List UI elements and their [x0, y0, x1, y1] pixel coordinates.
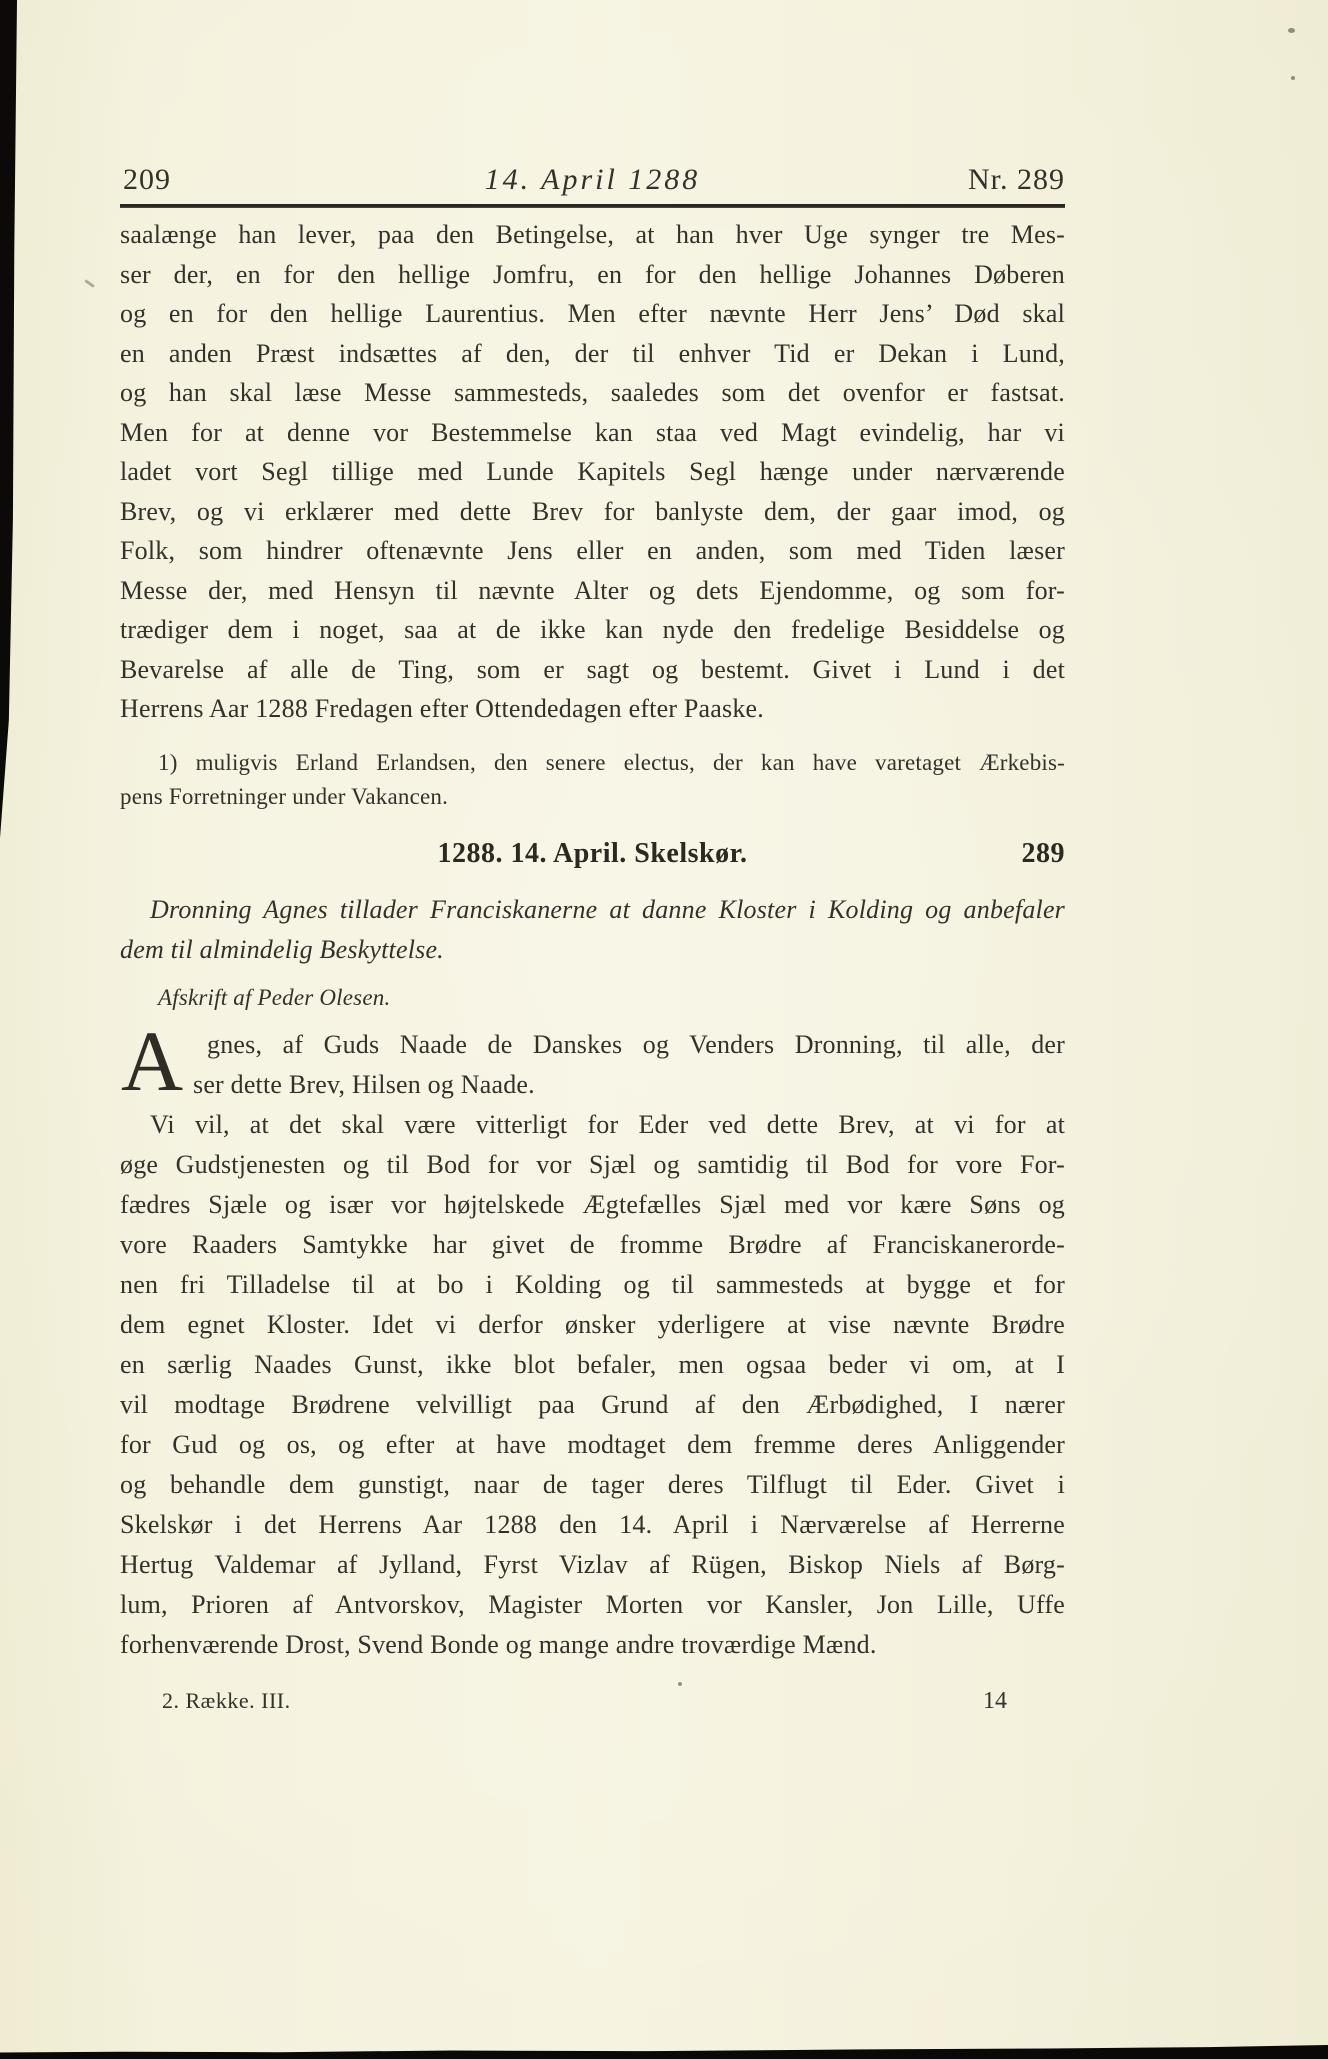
- sheet-number: 14: [983, 1688, 1007, 1715]
- source-note: Afskrift af Peder Olesen.: [120, 981, 1065, 1015]
- entry-number: 289: [1022, 838, 1066, 870]
- body-line: forhenværende Drost, Svend Bonde og mang…: [120, 1628, 1065, 1662]
- scan-speck: [1291, 76, 1295, 80]
- entry-heading-row: 1288. 14. April. Skelskør. 289: [120, 838, 1065, 876]
- continuation-line: ladet vort Segl tillige med Lunde Kapite…: [120, 455, 1065, 489]
- running-title: 14. April 1288: [120, 163, 1065, 197]
- document-number: Nr. 289: [968, 163, 1065, 197]
- footnote-line: 1) muligvis Erland Erlandsen, den senere…: [120, 748, 1065, 778]
- continuation-line: og han skal læse Messe sammesteds, saale…: [120, 376, 1065, 410]
- continuation-line: saalænge han lever, paa den Betingelse, …: [120, 218, 1065, 252]
- continuation-line: trædiger dem i noget, saa at de ikke kan…: [120, 613, 1065, 647]
- body-line: vil modtage Brødrene velvilligt paa Grun…: [120, 1388, 1065, 1422]
- drop-cap-initial: A: [121, 1018, 183, 1104]
- scanned-book-page: 209 14. April 1288 Nr. 289 saalænge han …: [0, 0, 1328, 2059]
- footnote-line: pens Forretninger under Vakancen.: [120, 782, 1065, 812]
- summary-line: Dronning Agnes tillader Franciskanerne a…: [120, 893, 1065, 927]
- page-footer: 2. Række. III. 14: [120, 1688, 1065, 1720]
- continuation-line: Herrens Aar 1288 Fredagen efter Ottended…: [120, 692, 1065, 726]
- body-line: øge Gudstjenesten og til Bod for vor Sjæ…: [120, 1148, 1065, 1182]
- series-label: 2. Række. III.: [162, 1688, 291, 1714]
- entry-heading: 1288. 14. April. Skelskør.: [120, 838, 1065, 870]
- continuation-line: og en for den hellige Laurentius. Men ef…: [120, 297, 1065, 331]
- body-line: Hertug Valdemar af Jylland, Fyrst Vizlav…: [120, 1548, 1065, 1582]
- body-line: en særlig Naades Gunst, ikke blot befale…: [120, 1348, 1065, 1382]
- scan-edge-left-artifact: [0, 0, 17, 838]
- continuation-line: Folk, som hindrer oftenævnte Jens eller …: [120, 534, 1065, 568]
- body-line: ser dette Brev, Hilsen og Naade.: [193, 1068, 1065, 1102]
- header-rule: [120, 204, 1065, 208]
- summary-line: dem til almindelig Beskyttelse.: [120, 933, 1065, 967]
- continuation-line: en anden Præst indsættes af den, der til…: [120, 337, 1065, 371]
- body-line: Vi vil, at det skal være vitterligt for …: [120, 1108, 1065, 1142]
- continuation-line: Messe der, med Hensyn til nævnte Alter o…: [120, 574, 1065, 608]
- scan-speck: [678, 1682, 682, 1686]
- body-line: dem egnet Kloster. Idet vi derfor ønsker…: [120, 1308, 1065, 1342]
- body-line: lum, Prioren af Antvorskov, Magister Mor…: [120, 1588, 1065, 1622]
- continuation-line: Brev, og vi erklærer med dette Brev for …: [120, 495, 1065, 529]
- continuation-line: ser der, en for den hellige Jomfru, en f…: [120, 258, 1065, 292]
- page-header: 209 14. April 1288 Nr. 289: [120, 163, 1065, 203]
- scan-smudge: [84, 279, 95, 288]
- body-line: for Gud og os, og efter at have modtaget…: [120, 1428, 1065, 1462]
- body-line: gnes, af Guds Naade de Danskes og Vender…: [207, 1028, 1065, 1062]
- continuation-line: Men for at denne vor Bestemmelse kan sta…: [120, 416, 1065, 450]
- scan-edge-bottom-artifact: [0, 2042, 1328, 2059]
- body-line: fædres Sjæle og især vor højtelskede Ægt…: [120, 1188, 1065, 1222]
- body-line: vore Raaders Samtykke har givet de fromm…: [120, 1228, 1065, 1262]
- body-line: og behandle dem gunstigt, naar de tager …: [120, 1468, 1065, 1502]
- continuation-line: Bevarelse af alle de Ting, som er sagt o…: [120, 653, 1065, 687]
- body-line: nen fri Tilladelse til at bo i Kolding o…: [120, 1268, 1065, 1302]
- scan-speck: [1288, 28, 1295, 33]
- body-line: Skelskør i det Herrens Aar 1288 den 14. …: [120, 1508, 1065, 1542]
